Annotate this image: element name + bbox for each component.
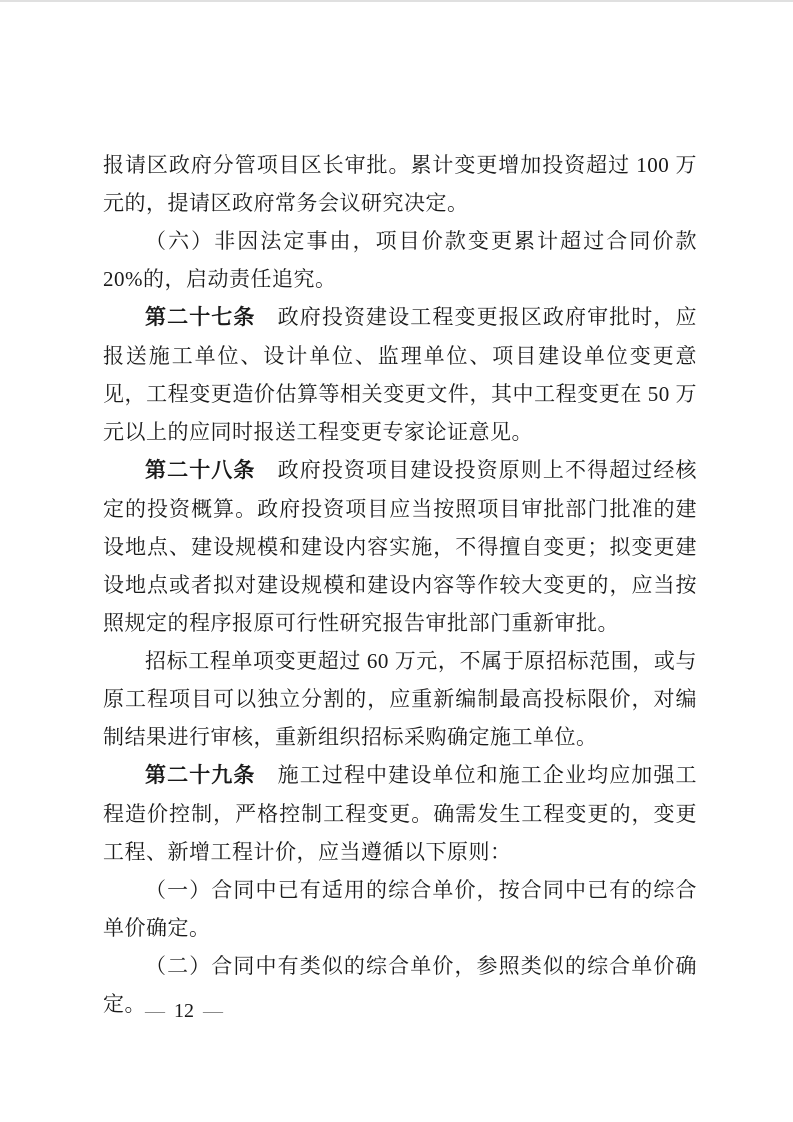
article-28-heading: 第二十八条 bbox=[145, 459, 256, 482]
paragraph-text: 报请区政府分管项目区长审批。累计变更增加投资超过 100 万元的，提请区政府常务… bbox=[103, 153, 697, 215]
footer-dash-left: — bbox=[145, 1000, 165, 1022]
page-number: 12 bbox=[174, 1000, 194, 1022]
page-body: 报请区政府分管项目区长审批。累计变更增加投资超过 100 万元的，提请区政府常务… bbox=[103, 146, 697, 1023]
article-27-heading: 第二十七条 bbox=[145, 306, 256, 329]
paragraph-item-6: （六）非因法定事由，项目价款变更累计超过合同价款 20%的，启动责任追究。 bbox=[103, 222, 697, 298]
article-29-heading: 第二十九条 bbox=[145, 764, 256, 787]
paragraph-bidding-change: 招标工程单项变更超过 60 万元，不属于原招标范围，或与原工程项目可以独立分割的… bbox=[103, 642, 697, 756]
footer-dash-right: — bbox=[203, 1000, 223, 1022]
paragraph-text: 政府投资项目建设投资原则上不得超过经核定的投资概算。政府投资项目应当按照项目审批… bbox=[103, 458, 697, 635]
page-footer: —12— bbox=[145, 996, 223, 1026]
paragraph-article-29: 第二十九条 施工过程中建设单位和施工企业均应加强工程造价控制，严格控制工程变更。… bbox=[103, 756, 697, 871]
paragraph-continuation: 报请区政府分管项目区长审批。累计变更增加投资超过 100 万元的，提请区政府常务… bbox=[103, 146, 697, 222]
document-page: 报请区政府分管项目区长审批。累计变更增加投资超过 100 万元的，提请区政府常务… bbox=[0, 0, 793, 1122]
paragraph-article-28: 第二十八条 政府投资项目建设投资原则上不得超过经核定的投资概算。政府投资项目应当… bbox=[103, 451, 697, 642]
paragraph-text: 招标工程单项变更超过 60 万元，不属于原招标范围，或与原工程项目可以独立分割的… bbox=[103, 649, 697, 749]
paragraph-item-1: （一）合同中已有适用的综合单价，按合同中已有的综合单价确定。 bbox=[103, 871, 697, 947]
paragraph-article-27: 第二十七条 政府投资建设工程变更报区政府审批时，应报送施工单位、设计单位、监理单… bbox=[103, 298, 697, 451]
paragraph-text: （一）合同中已有适用的综合单价，按合同中已有的综合单价确定。 bbox=[103, 878, 697, 940]
paragraph-text: （六）非因法定事由，项目价款变更累计超过合同价款 20%的，启动责任追究。 bbox=[103, 229, 697, 291]
